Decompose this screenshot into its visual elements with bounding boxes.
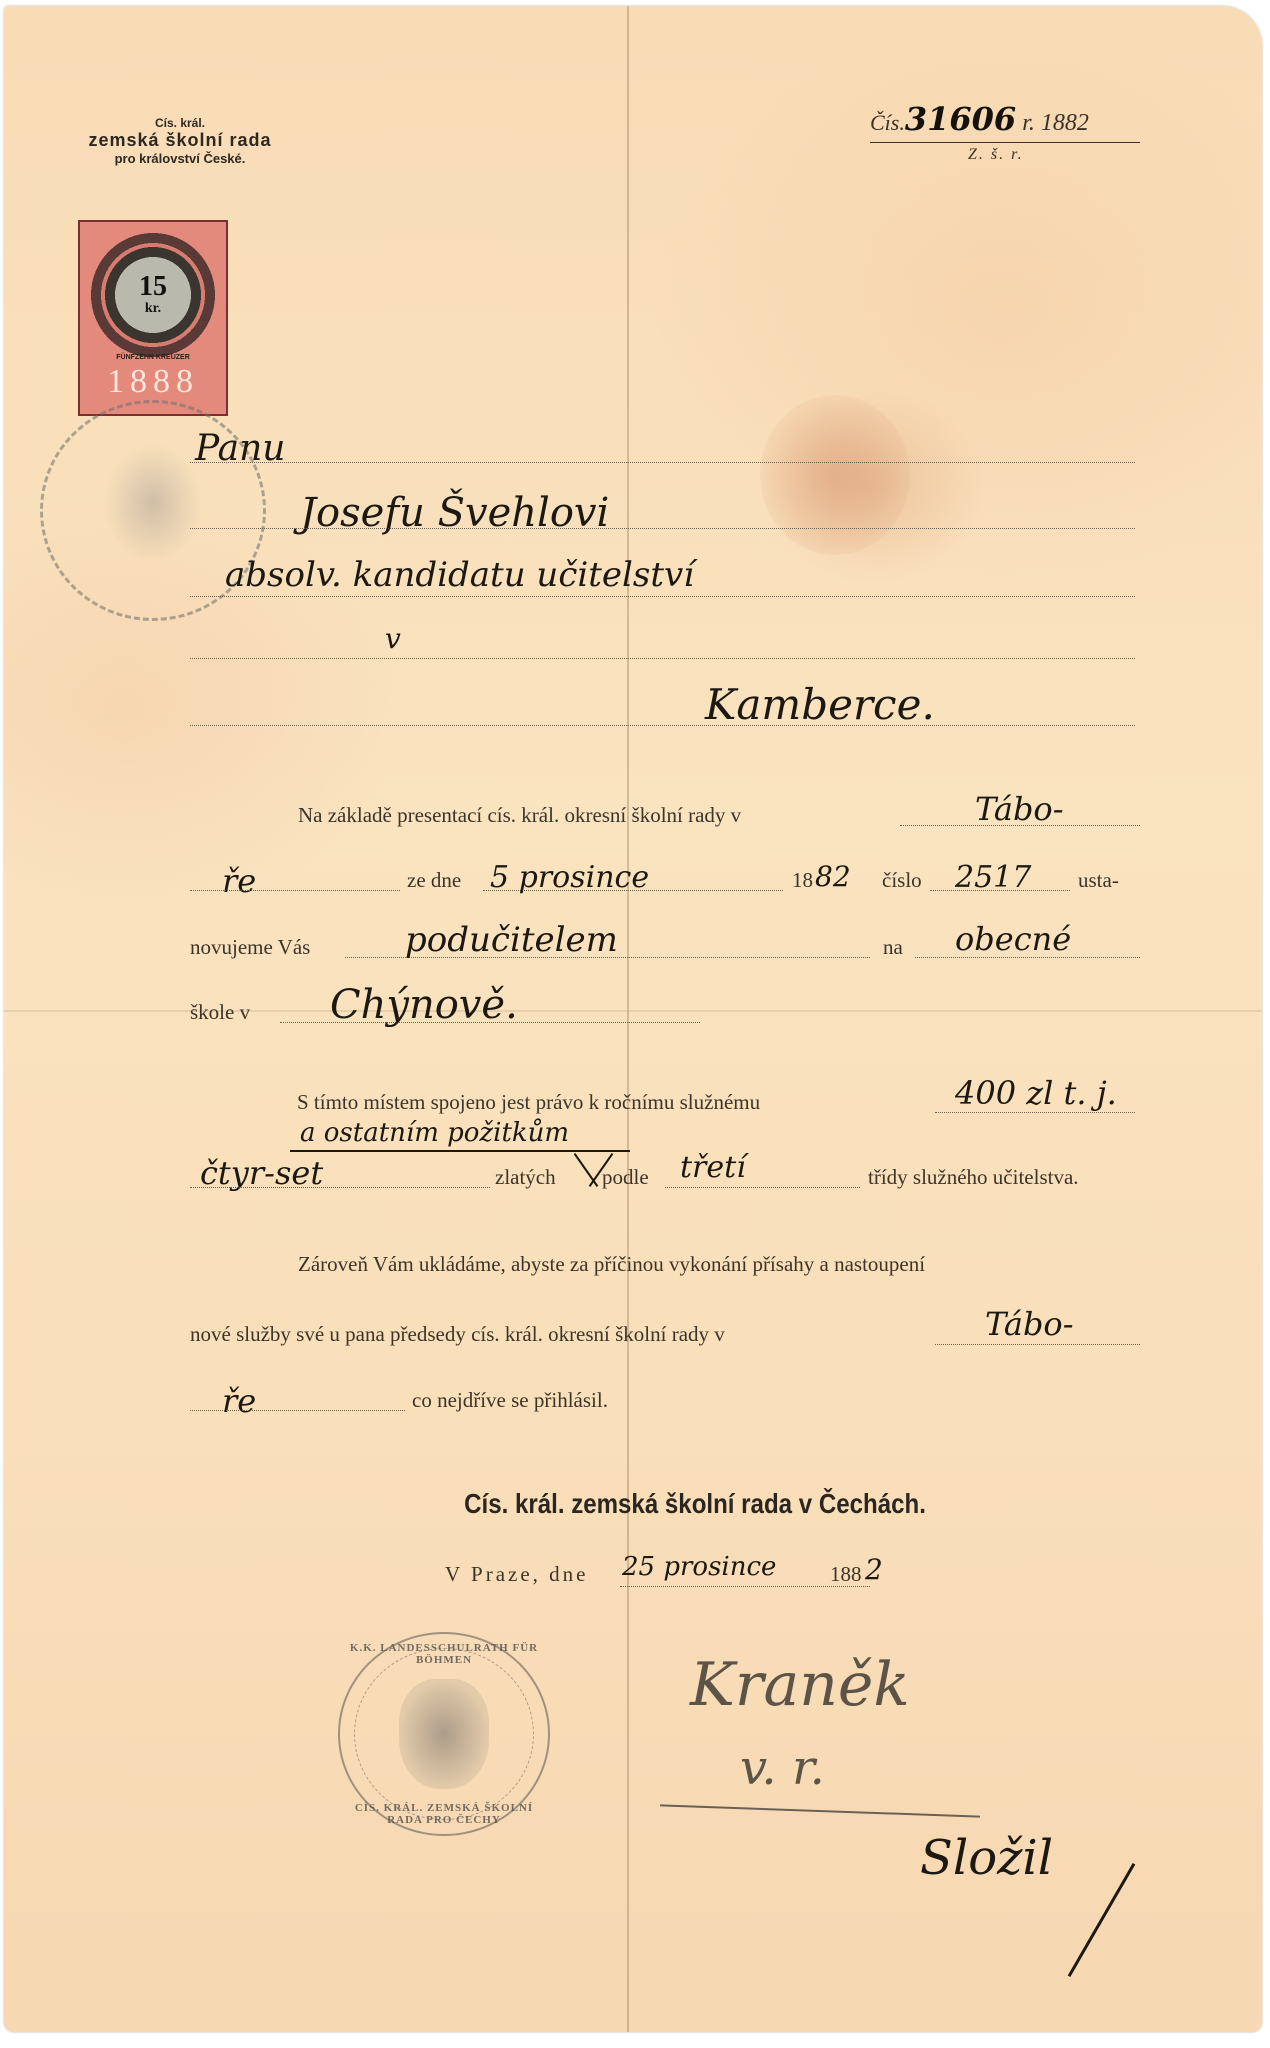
issuer-line-3: pro království České. [60,151,300,166]
seal-outer-text: K.K. LANDESSCHULRATH FÜR BÖHMEN [340,1642,548,1666]
dotted-line [935,1344,1140,1345]
stamp-unit: kr. [145,301,161,317]
p3-district-b: ře [222,1382,256,1420]
p2-insertion: a ostatním požitkům [300,1118,569,1148]
p3-text-1: Zároveň Vám ukládáme, abyste za příčinou… [298,1252,925,1277]
addressee-name: Josefu Švehlovi [300,490,609,536]
dotted-line [665,1187,860,1188]
reference-abbrev: Z. š. r. [968,146,1024,164]
p2-salary: 400 zl t. j. [955,1074,1117,1112]
issuer-line-2: zemská školní rada [60,130,300,151]
signature-primary-note: v. r. [740,1740,825,1796]
p1-district-a: Tábo- [975,790,1064,828]
p1-text-5: novujeme Vás [190,935,310,960]
stamp-value: 15 [139,273,167,301]
addressee-place: Kamberce. [705,680,935,729]
closing-year-suffix: 2 [865,1553,883,1586]
insertion-underline [290,1150,630,1152]
signature-primary: Kraněk [690,1650,910,1720]
p1-position: podučitelem [405,920,618,960]
dotted-line [190,462,1135,463]
p2-text-4: třídy služného učitelstva. [868,1165,1079,1190]
faded-seal-stain [760,395,910,555]
p1-text-4: usta- [1078,868,1119,893]
closing-place: V Praze, dne [445,1562,589,1587]
addressee-preposition: v [385,622,401,655]
p1-text-1: Na základě presentací cís. král. okresní… [298,803,741,828]
p1-text-3: číslo [882,868,922,893]
p1-number: 2517 [955,860,1031,895]
p1-year-suffix: 82 [815,860,851,893]
signature-secondary: Složil [920,1830,1053,1886]
p1-text-7: škole v [190,1000,250,1025]
dotted-line [190,725,1135,726]
dotted-line [190,596,1135,597]
p1-school-type: obecné [955,920,1071,958]
dotted-line [190,1187,490,1188]
revenue-stamp: 15 kr. FÜNFZEHN KREUZER 1888 [78,220,228,416]
closing-year-prefix: 188 [830,1562,862,1587]
dotted-line [190,658,1135,659]
p3-text-2: nové služby své u pana předsedy cís. krá… [190,1322,725,1347]
reference-number: Čís.31606r. 1882 [870,100,1140,144]
seal-inner-text: CÍS. KRÁL. ZEMSKÁ ŠKOLNÍ RADA PRO ČECHY [340,1802,548,1826]
p2-text-2: zlatých [495,1165,556,1190]
p2-text-3: podle [602,1165,649,1190]
dotted-line [935,1112,1135,1113]
p1-date: 5 prosince [490,860,649,895]
dotted-line [190,890,400,891]
reference-year: r. 1882 [1022,110,1089,136]
official-seal: K.K. LANDESSCHULRATH FÜR BÖHMEN CÍS. KRÁ… [338,1632,550,1836]
addressee-title: absolv. kandidatu učitelství [225,555,694,595]
issuer-header: Cís. král. zemská školní rada pro králov… [60,116,300,166]
reference-value: 31606 [905,100,1016,138]
p1-text-2: ze dne [407,868,461,893]
stamp-year: 1888 [107,363,199,401]
p1-year-prefix: 18 [792,868,813,893]
stamp-medallion: 15 kr. [84,226,222,364]
p1-school-place: Chýnově. [330,982,518,1028]
stamp-caption: FÜNFZEHN KREUZER [116,354,190,361]
vertical-fold [627,6,629,2032]
p3-district-a: Tábo- [985,1305,1074,1343]
dotted-line [190,528,1135,529]
reference-underline [870,142,1140,143]
issuer-line-1: Cís. král. [60,116,300,130]
p2-text-1: S tímto místem spojeno jest právo k ročn… [297,1090,760,1115]
closing-date: 25 prosince [622,1552,776,1582]
p1-district-b: ře [222,862,256,900]
issuing-authority: Cís. král. zemská školní rada v Čechách. [433,1488,958,1520]
reference-prefix: Čís. [870,110,905,135]
p3-text-3: co nejdříve se přihlásil. [412,1388,608,1413]
p1-text-6: na [883,935,903,960]
dotted-line [190,1410,405,1411]
p2-class: třetí [680,1150,746,1185]
